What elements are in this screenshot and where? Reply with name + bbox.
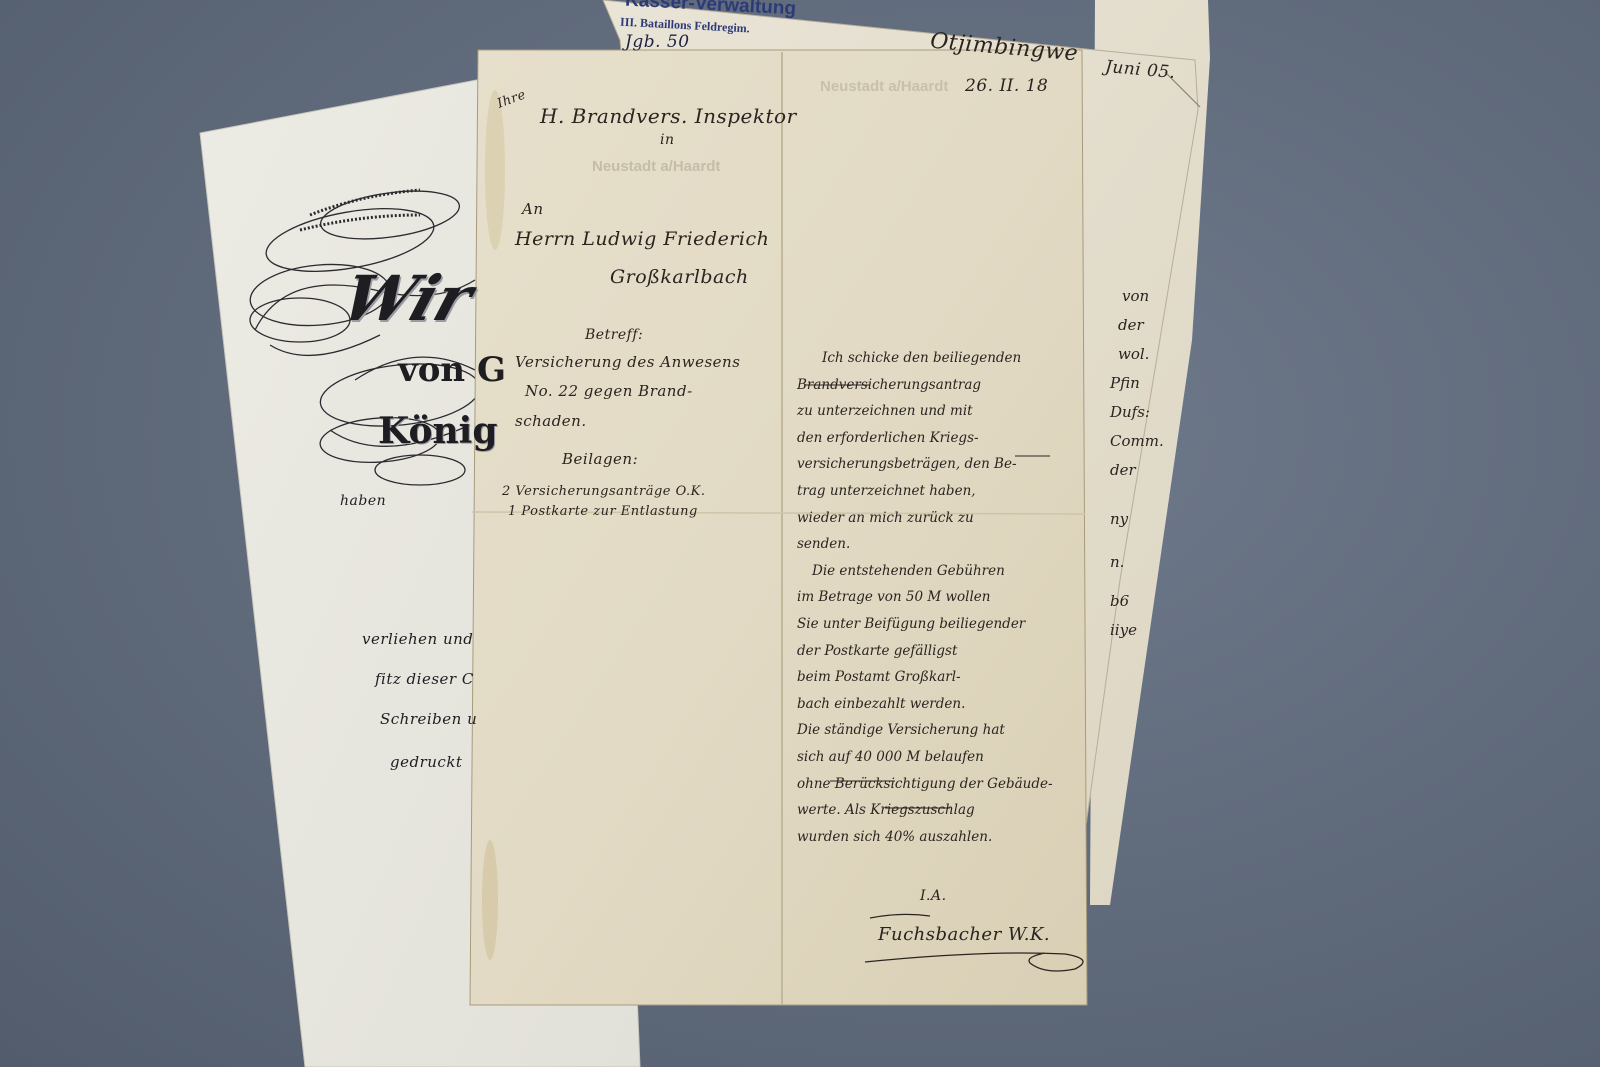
subject-line-1: Versicherung des Anwesens: [515, 353, 740, 371]
body-line: senden.: [797, 531, 1087, 558]
body-line: versicherungsbeträgen, den Be-: [797, 451, 1087, 478]
certificate-body-1: haben: [340, 493, 386, 509]
back-letter-stamp-note: Jgb. 50: [625, 32, 690, 52]
certificate-title: Wir: [333, 262, 481, 335]
edge-fragment: der: [1110, 456, 1180, 485]
signature: Fuchsbacher W.K.: [878, 924, 1050, 945]
edge-fragment: iiye: [1110, 616, 1180, 645]
edge-fragment: von: [1110, 282, 1180, 311]
body-line: trag unterzeichnet haben,: [797, 478, 1087, 505]
edge-fragment: n.: [1110, 548, 1180, 577]
body-line: Die ständige Versicherung hat: [797, 717, 1087, 744]
body-line: im Betrage von 50 M wollen: [797, 584, 1087, 611]
letterhead-stamp: Neustadt a/Haardt: [592, 158, 720, 175]
edge-fragment: ny: [1110, 505, 1180, 534]
body-line: Ich schicke den beiliegenden: [797, 345, 1087, 372]
certificate-body-4: Schreiben u: [380, 710, 477, 728]
letterhead-stamp-top: Neustadt a/Haardt: [820, 78, 948, 95]
body-line: sich auf 40 000 M belaufen: [797, 744, 1087, 771]
edge-fragment: Pfin: [1110, 369, 1180, 398]
body-line: ohne Berücksichtigung der Gebäude-: [797, 771, 1087, 798]
enclosure-1: 2 Versicherungsanträge O.K.: [502, 484, 705, 499]
letter-body: Ich schicke den beiliegenden Brandversic…: [797, 345, 1087, 850]
edge-fragment: Comm.: [1110, 427, 1180, 456]
certificate-body-3: fitz dieser C: [375, 670, 474, 688]
body-line: bach einbezahlt werden.: [797, 691, 1087, 718]
edge-fragment: Dufs:: [1110, 398, 1180, 427]
body-line: Sie unter Beifügung beiliegender: [797, 611, 1087, 638]
body-line: wieder an mich zurück zu: [797, 505, 1087, 532]
letter-date: 26. II. 18: [965, 76, 1048, 96]
photo-scene: Kasser-Verwaltung III. Bataillons Feldre…: [0, 0, 1600, 1067]
body-line: den erforderlichen Kriegs-: [797, 425, 1087, 452]
edge-fragment: wol.: [1110, 340, 1180, 369]
body-line: zu unterzeichnen und mit: [797, 398, 1087, 425]
certificate-line3: König: [378, 410, 498, 452]
enclosure-2: 1 Postkarte zur Entlastung: [508, 504, 698, 519]
closing: I.A.: [920, 888, 947, 904]
certificate-line2: von G: [398, 350, 506, 390]
subject-line-3: schaden.: [515, 412, 587, 430]
body-line: wurden sich 40% auszahlen.: [797, 824, 1087, 851]
body-line: werte. Als Kriegszuschlag: [797, 797, 1087, 824]
recipient-name: Herrn Ludwig Friederich: [515, 228, 769, 250]
body-line: der Postkarte gefälligst: [797, 638, 1087, 665]
enclosures-label: Beilagen:: [562, 450, 638, 468]
subject-line-2: No. 22 gegen Brand-: [525, 382, 693, 400]
certificate-body-2: verliehen und: [362, 630, 473, 648]
addressee-line1: H. Brandvers. Inspektor: [540, 104, 797, 128]
back-letter-edge-text: von der wol. Pfin Dufs: Comm. der ny n. …: [1110, 282, 1180, 645]
body-line: beim Postamt Großkarl-: [797, 664, 1087, 691]
recipient-prefix: An: [522, 200, 544, 218]
body-line: Brandversicherungsantrag: [797, 372, 1087, 399]
subject-label: Betreff:: [585, 327, 643, 343]
addressee-line2: in: [660, 132, 675, 148]
recipient-place: Großkarlbach: [610, 266, 749, 288]
body-line: Die entstehenden Gebühren: [797, 558, 1087, 585]
edge-fragment: der: [1110, 311, 1180, 340]
certificate-body-5: gedruckt: [390, 753, 462, 771]
edge-fragment: b6: [1110, 587, 1180, 616]
